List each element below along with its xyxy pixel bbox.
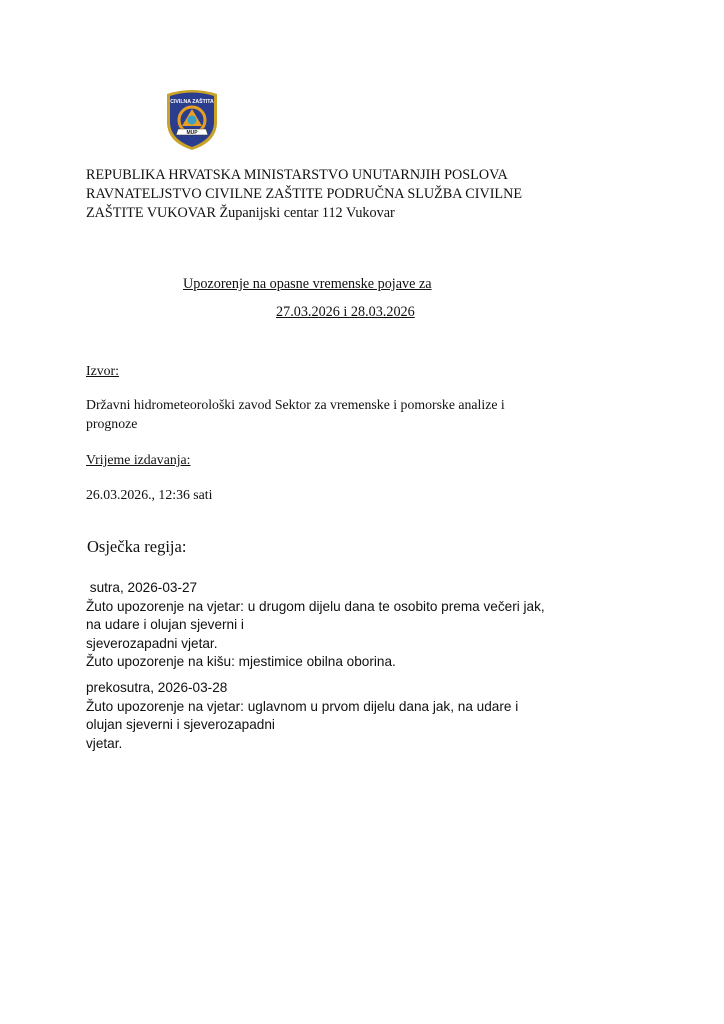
source-line: prognoze: [86, 414, 505, 433]
forecast-day-2: prekosutra, 2026-03-28 Žuto upozorenje n…: [86, 679, 586, 753]
svg-text:MUP: MUP: [186, 130, 198, 136]
warning-line: Žuto upozorenje na vjetar: u drugom dije…: [86, 598, 586, 617]
source-label: Izvor:: [86, 361, 119, 380]
source-text: Državni hidrometeorološki zavod Sektor z…: [86, 395, 505, 433]
warning-line: sjeverozapadni vjetar.: [86, 635, 586, 654]
issued-value: 26.03.2026., 12:36 sati: [86, 485, 212, 504]
source-line: Državni hidrometeorološki zavod Sektor z…: [86, 395, 505, 414]
shield-emblem-icon: CIVILNA ZAŠTITA MUP: [163, 88, 221, 152]
day-heading: sutra, 2026-03-27: [86, 579, 586, 598]
warning-line: Žuto upozorenje na kišu: mjestimice obil…: [86, 653, 586, 672]
document-title-dates: 27.03.2026 i 28.03.2026: [276, 304, 415, 321]
issuer-header: REPUBLIKA HRVATSKA MINISTARSTVO UNUTARNJ…: [86, 166, 566, 223]
header-line: ZAŠTITE VUKOVAR Županijski centar 112 Vu…: [86, 204, 566, 223]
warning-line: vjetar.: [86, 735, 586, 754]
issued-label: Vrijeme izdavanja:: [86, 450, 191, 469]
header-line: RAVNATELJSTVO CIVILNE ZAŠTITE PODRUČNA S…: [86, 185, 566, 204]
day-heading: prekosutra, 2026-03-28: [86, 679, 586, 698]
document-title: Upozorenje na opasne vremenske pojave za: [183, 276, 432, 293]
warning-line: na udare i olujan sjeverni i: [86, 616, 586, 635]
forecast-day-1: sutra, 2026-03-27 Žuto upozorenje na vje…: [86, 579, 586, 672]
svg-text:CIVILNA ZAŠTITA: CIVILNA ZAŠTITA: [170, 97, 214, 105]
warning-line: olujan sjeverni i sjeverozapadni: [86, 716, 586, 735]
warning-line: Žuto upozorenje na vjetar: uglavnom u pr…: [86, 698, 586, 717]
header-line: REPUBLIKA HRVATSKA MINISTARSTVO UNUTARNJ…: [86, 166, 566, 185]
civilna-zastita-logo: CIVILNA ZAŠTITA MUP: [163, 88, 221, 152]
region-heading: Osječka regija:: [87, 537, 186, 557]
